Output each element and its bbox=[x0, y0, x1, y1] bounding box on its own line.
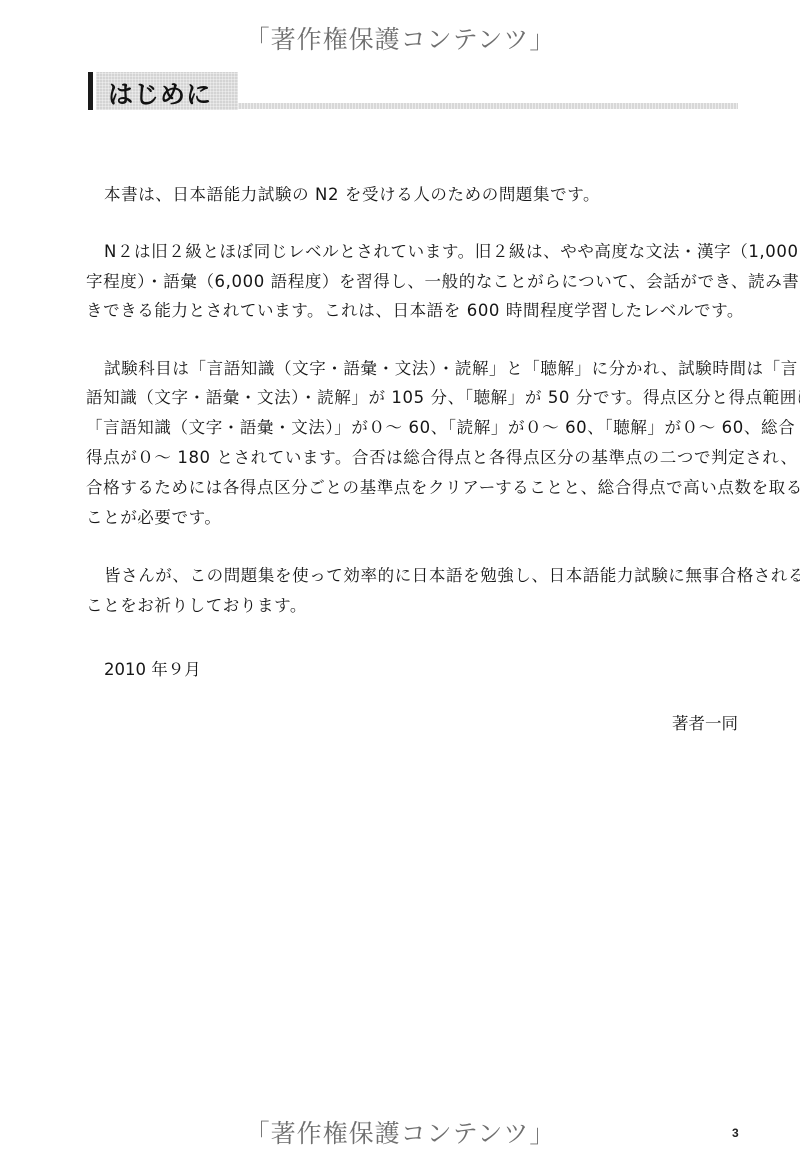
heading-accent-bar bbox=[88, 72, 93, 110]
signature: 著者一同 bbox=[672, 710, 738, 734]
section-heading: はじめに bbox=[88, 72, 738, 110]
date: 2010 年９月 bbox=[104, 656, 201, 680]
paragraph-3-line-4: 得点が０～ 180 とされています。合否は総合得点と各得点区分の基準点の二つで判… bbox=[86, 448, 746, 468]
copyright-watermark-top: 「著作権保護コンテンツ」 bbox=[0, 20, 800, 56]
paragraph-2-line-3: きできる能力とされています。これは、日本語を 600 時間程度学習したレベルです… bbox=[86, 301, 746, 321]
paragraph-2-line-1: N２は旧２級とほぼ同じレベルとされています。旧２級は、やや高度な文法・漢字（1,… bbox=[104, 242, 764, 262]
page-title: はじめに bbox=[108, 75, 212, 111]
paragraph-1-line-1: 本書は、日本語能力試験の N2 を受ける人のための問題集です。 bbox=[104, 185, 764, 205]
paragraph-3-line-6: ことが必要です。 bbox=[86, 508, 746, 528]
heading-rule bbox=[238, 103, 738, 109]
paragraph-3-line-1: 試験科目は「言語知識（文字・語彙・文法）・読解」と「聴解」に分かれ、試験時間は「… bbox=[104, 359, 764, 379]
page-number: 3 bbox=[732, 1126, 739, 1140]
paragraph-2-line-2: 字程度）・語彙（6,000 語程度）を習得し、一般的なことがらについて、会話がで… bbox=[86, 272, 746, 292]
paragraph-3-line-5: 合格するためには各得点区分ごとの基準点をクリアーすることと、総合得点で高い点数を… bbox=[86, 478, 746, 498]
paragraph-4-line-1: 皆さんが、この問題集を使って効率的に日本語を勉強し、日本語能力試験に無事合格され… bbox=[104, 566, 764, 586]
paragraph-3-line-2: 語知識（文字・語彙・文法）・読解」が 105 分、「聴解」が 50 分です。得点… bbox=[86, 388, 746, 408]
copyright-watermark-bottom: 「著作権保護コンテンツ」 bbox=[0, 1114, 800, 1150]
paragraph-4-line-2: ことをお祈りしております。 bbox=[86, 596, 746, 616]
paragraph-3-line-3: 「言語知識（文字・語彙・文法）」が０～ 60、「読解」が０～ 60、「聴解」が０… bbox=[86, 418, 746, 438]
